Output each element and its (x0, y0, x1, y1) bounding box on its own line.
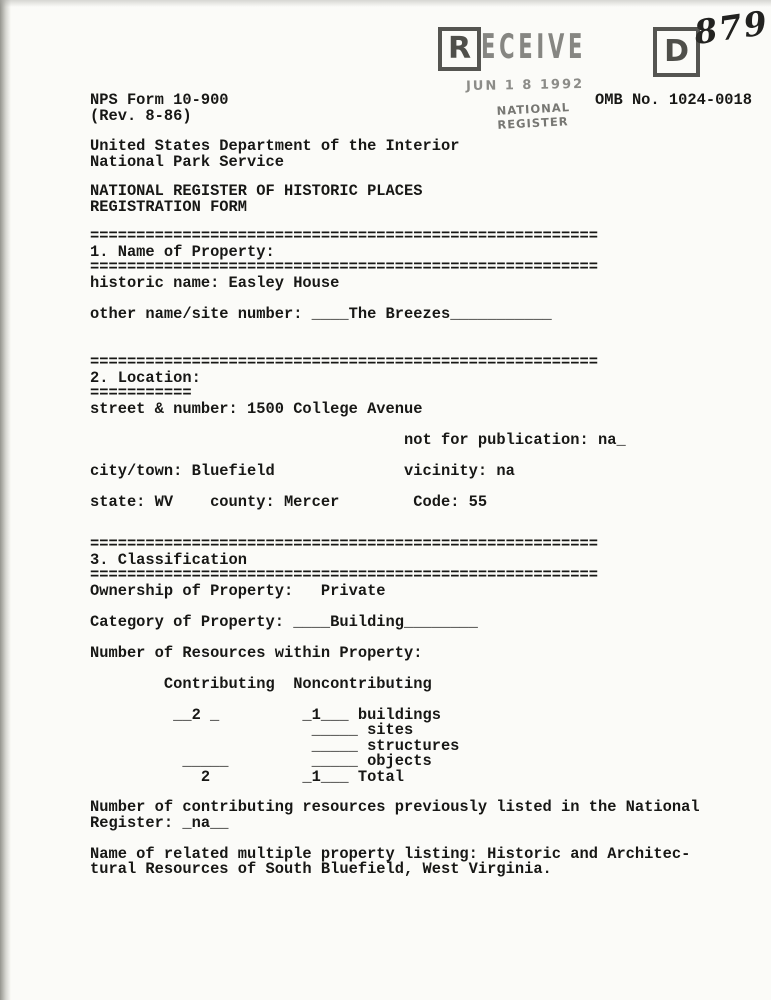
stamp-middle-letters: ECEIVE (481, 30, 585, 64)
scan-left-edge-shadow (0, 0, 11, 1000)
contributing-value: 2 (201, 770, 210, 786)
noncontributing-value: _1___ (302, 770, 348, 786)
form-title-block: NATIONAL REGISTER OF HISTORIC PLACESREGI… (90, 184, 423, 215)
section-2-location: ========================================… (90, 355, 598, 510)
contributing-header: Contributing (164, 677, 275, 693)
ownership-line: Ownership of Property: Private (90, 584, 598, 600)
form-title-line2: REGISTRATION FORM (90, 200, 423, 216)
other-name-line: other name/site number: ____The Breezes_… (90, 307, 598, 323)
category-line: Category of Property: ____Building______… (90, 615, 598, 631)
form-revision-line: (Rev. 8-86) (90, 109, 229, 125)
vicinity-line: vicinity: na (404, 464, 515, 480)
city-vicinity-row: city/town: Bluefieldvicinity: na (90, 464, 598, 480)
resources-table-header: ContributingNoncontributing (90, 677, 598, 693)
street-number-line: street & number: 1500 College Avenue (90, 402, 598, 418)
form-number-block: NPS Form 10-900(Rev. 8-86) (90, 93, 229, 124)
omb-number: OMB No. 1024-0018 (595, 93, 752, 109)
agency-block: United States Department of the Interior… (90, 139, 459, 170)
stamp-letter-d: D (653, 27, 700, 77)
stamp-org-line2: REGISTER (497, 115, 571, 132)
stamp-letter-r: R (438, 27, 481, 71)
not-for-publication-row: not for publication: na_ (90, 433, 598, 449)
bureau-line: National Park Service (90, 155, 459, 171)
city-town-line: city/town: Bluefield (90, 464, 275, 480)
row-label: Total (358, 770, 404, 786)
previously-listed-line2: Register: _na__ (90, 816, 700, 832)
code-line: Code: 55 (413, 495, 487, 511)
received-stamp-date: JUN 1 8 1992 (466, 77, 584, 94)
resources-line: Number of Resources within Property: (90, 646, 598, 662)
scan-top-edge-shadow (0, 0, 771, 7)
section-1-name-of-property: ========================================… (90, 229, 598, 322)
noncontributing-header: Noncontributing (293, 677, 432, 693)
scanned-document-page: { "annotations": { "handwritten_number":… (0, 0, 771, 1000)
state-line: state: WV (90, 495, 173, 511)
multiple-property-line2: tural Resources of South Bluefield, West… (90, 862, 700, 878)
previously-listed-block: Number of contributing resources previou… (90, 800, 700, 878)
national-register-stamp: NATIONALREGISTER (496, 101, 571, 132)
not-for-publication-line: not for publication: na_ (404, 433, 626, 449)
contributing-value: __2 _ (173, 708, 219, 724)
historic-name-line: historic name: Easley House (90, 276, 598, 292)
handwritten-number: 879 (692, 3, 771, 52)
county-line: county: Mercer (210, 495, 339, 511)
received-stamp: RECEIVED (438, 27, 700, 77)
state-county-code-row: state: WVcounty: MercerCode: 55 (90, 495, 598, 511)
section-3-classification: ========================================… (90, 537, 598, 785)
table-row-total: 2_1___Total (90, 770, 598, 786)
